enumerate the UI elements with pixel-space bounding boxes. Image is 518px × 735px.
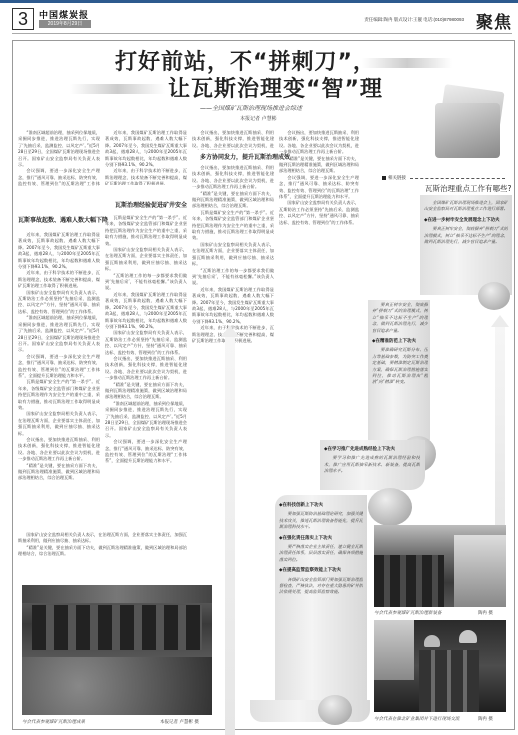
photo-exhibition <box>22 585 212 715</box>
section-title: 聚焦 <box>476 8 512 33</box>
folder-icon <box>435 88 505 158</box>
sidebar-intro: 全国煤矿瓦斯治理现场推进会上，国家矿山安全监察局对瓦斯治理重点工作进行部署。 ◆… <box>424 200 508 292</box>
dashed-divider <box>410 178 505 179</box>
sidebar-bullet-heading: ◆在强化责任落实上下功夫 <box>279 536 363 542</box>
scroll-curl <box>368 488 412 526</box>
date-line: 2019年8月29日 <box>39 20 91 28</box>
related-link-label: 相关链接 <box>382 175 406 181</box>
article-column: 瓦斯是煤矿安全生产的“第一杀手”。近年来，各级煤矿安全监管部门和煤矿企业坚持把瓦… <box>105 215 187 532</box>
sidebar-bullet-heading: ◆在精准防范上下功夫 <box>372 339 428 345</box>
article-column: 会议指出，要加快推进瓦斯抽采、利用技术创新，强化科技支撑，推进智能化建设。各地、… <box>279 130 359 300</box>
decorative-band <box>70 84 165 94</box>
article-column: 会议指出，要加快推进瓦斯抽采、利用技术创新，强化科技支撑，推进智能化建设。各地、… <box>192 130 274 150</box>
scroll-bottom <box>250 700 370 722</box>
sidebar-bullet-text: 要加强瓦斯防治基础理论研究，加强关键技术攻关，推进瓦斯治理装备智能化，提升瓦斯治… <box>279 511 363 530</box>
photo-credit: 本报记者 卢慧彬 摄 <box>160 719 199 725</box>
sidebar-bullet-text: 要严格落实企业主体责任，建立健全瓦斯治理责任体系，层层落实责任，确保各项措施落实… <box>279 544 363 563</box>
arrow-up-icon <box>491 315 509 327</box>
photo-underground <box>374 620 506 712</box>
photo-caption: 与会代表在淮北矿业集团井下进行现场交流 <box>374 716 460 722</box>
sidebar-bullet-text: 要真正树牢安全，彻底摒弃“拼刺刀”式的治理模式，树立“抽采不达标不生产”的理念，… <box>424 226 508 245</box>
sidebar-bullet-heading: ◆在提高监管监察效能上下功夫 <box>279 568 363 574</box>
arrow-up-icon <box>221 325 239 337</box>
top-color-bar <box>0 0 518 3</box>
sidebar-bullet-text: 各级矿山安全监管部门要加强瓦斯治理监督检查，严格执法，对存在重大隐患的矿井依法依… <box>279 577 363 596</box>
scroll-curl <box>318 695 352 725</box>
header-divider <box>12 33 512 34</box>
sidebar-bullet-heading: ◆在学习推广先进成熟经验上下功夫 <box>324 447 420 453</box>
byline: 本报记者 卢慧彬 <box>240 115 277 122</box>
headline-line-2: 让瓦斯治理变“智”理 <box>168 72 383 103</box>
photo-caption: 与会代表参观煤矿瓦斯治理新装备 <box>374 610 442 616</box>
subheading: 瓦斯事故起数、遇难人数大幅下降 <box>18 215 108 224</box>
sidebar-bullet-heading: ◆在进一步树牢安全发展理念上下功夫 <box>424 218 508 224</box>
page-number: 3 <box>12 8 34 30</box>
sidebar-item: ◆在科技创新上下功夫 要加强瓦斯防治基础理论研究，加强关键技术攻关，推进瓦斯治理… <box>279 498 363 708</box>
subheading: 瓦斯治理经验促进矿井安全 <box>115 200 187 209</box>
article-subtitle: ——全国煤矿瓦斯治理现场推进会综述 <box>200 103 302 112</box>
page-header: 3 中国煤炭报 2019年8月29日 责任编辑:陶冉 版式设计:王靓 电话:(0… <box>12 8 512 32</box>
article-column: 国家矿山安全监察局相关负责人表示，在治理瓦斯方面，企业要落实主体责任，加强瓦斯抽… <box>18 532 187 560</box>
photo-credit: 陶冉 摄 <box>478 716 493 722</box>
article-column: 近年来，我国煤矿瓦斯治理工作取得显著成效，瓦斯事故起数、遇难人数大幅下降。200… <box>105 130 187 185</box>
scroll-curl <box>478 282 510 310</box>
sidebar-item: ◆在学习推广先进成熟经验上下功夫 要学习和推广先进成熟的瓦斯治理经验和技术，推广… <box>324 442 420 488</box>
sidebar-item: 要真正树牢安全，彻底摒弃“拼刺刀”式的治理模式，树立“抽采不达标不生产”的理念，… <box>372 302 428 436</box>
decorative-arrow <box>495 325 505 545</box>
subheading: 多方协同发力，提升瓦斯治理成效 <box>200 152 290 161</box>
decorative-arrow <box>225 335 235 735</box>
article-column: 近年来，我国煤矿瓦斯治理工作取得显著成效，瓦斯事故起数、遇难人数大幅下降。200… <box>18 232 100 532</box>
sidebar-bullet-text: 要学习和推广先进成熟的瓦斯治理经验和技术，推广应用瓦斯抽采新技术、新装备，提高瓦… <box>324 455 420 474</box>
photo-equipment <box>374 525 506 607</box>
editor-info: 责任编辑:陶冉 版式设计:王靓 电话:(010)87980093 <box>364 17 464 23</box>
sidebar-bullet-heading: ◆在科技创新上下功夫 <box>279 503 363 509</box>
sidebar-bullet-text: 要准确研究瓦斯分布、压力等基础参数，为防突工作奠定基础，要精准制定瓦斯治理方案，… <box>372 347 428 385</box>
article-column: “淮南区域超前治理，抽采到位保地质，采掘同步推进，推进治理瓦斯先行，实现了‘先抽… <box>18 130 100 188</box>
sidebar-title: 瓦斯治理重点工作有哪些? <box>425 183 511 194</box>
photo-caption: 与会代表参观煤矿瓦斯治理成果 <box>22 719 85 725</box>
photo-credit: 陶冉 摄 <box>478 610 493 616</box>
